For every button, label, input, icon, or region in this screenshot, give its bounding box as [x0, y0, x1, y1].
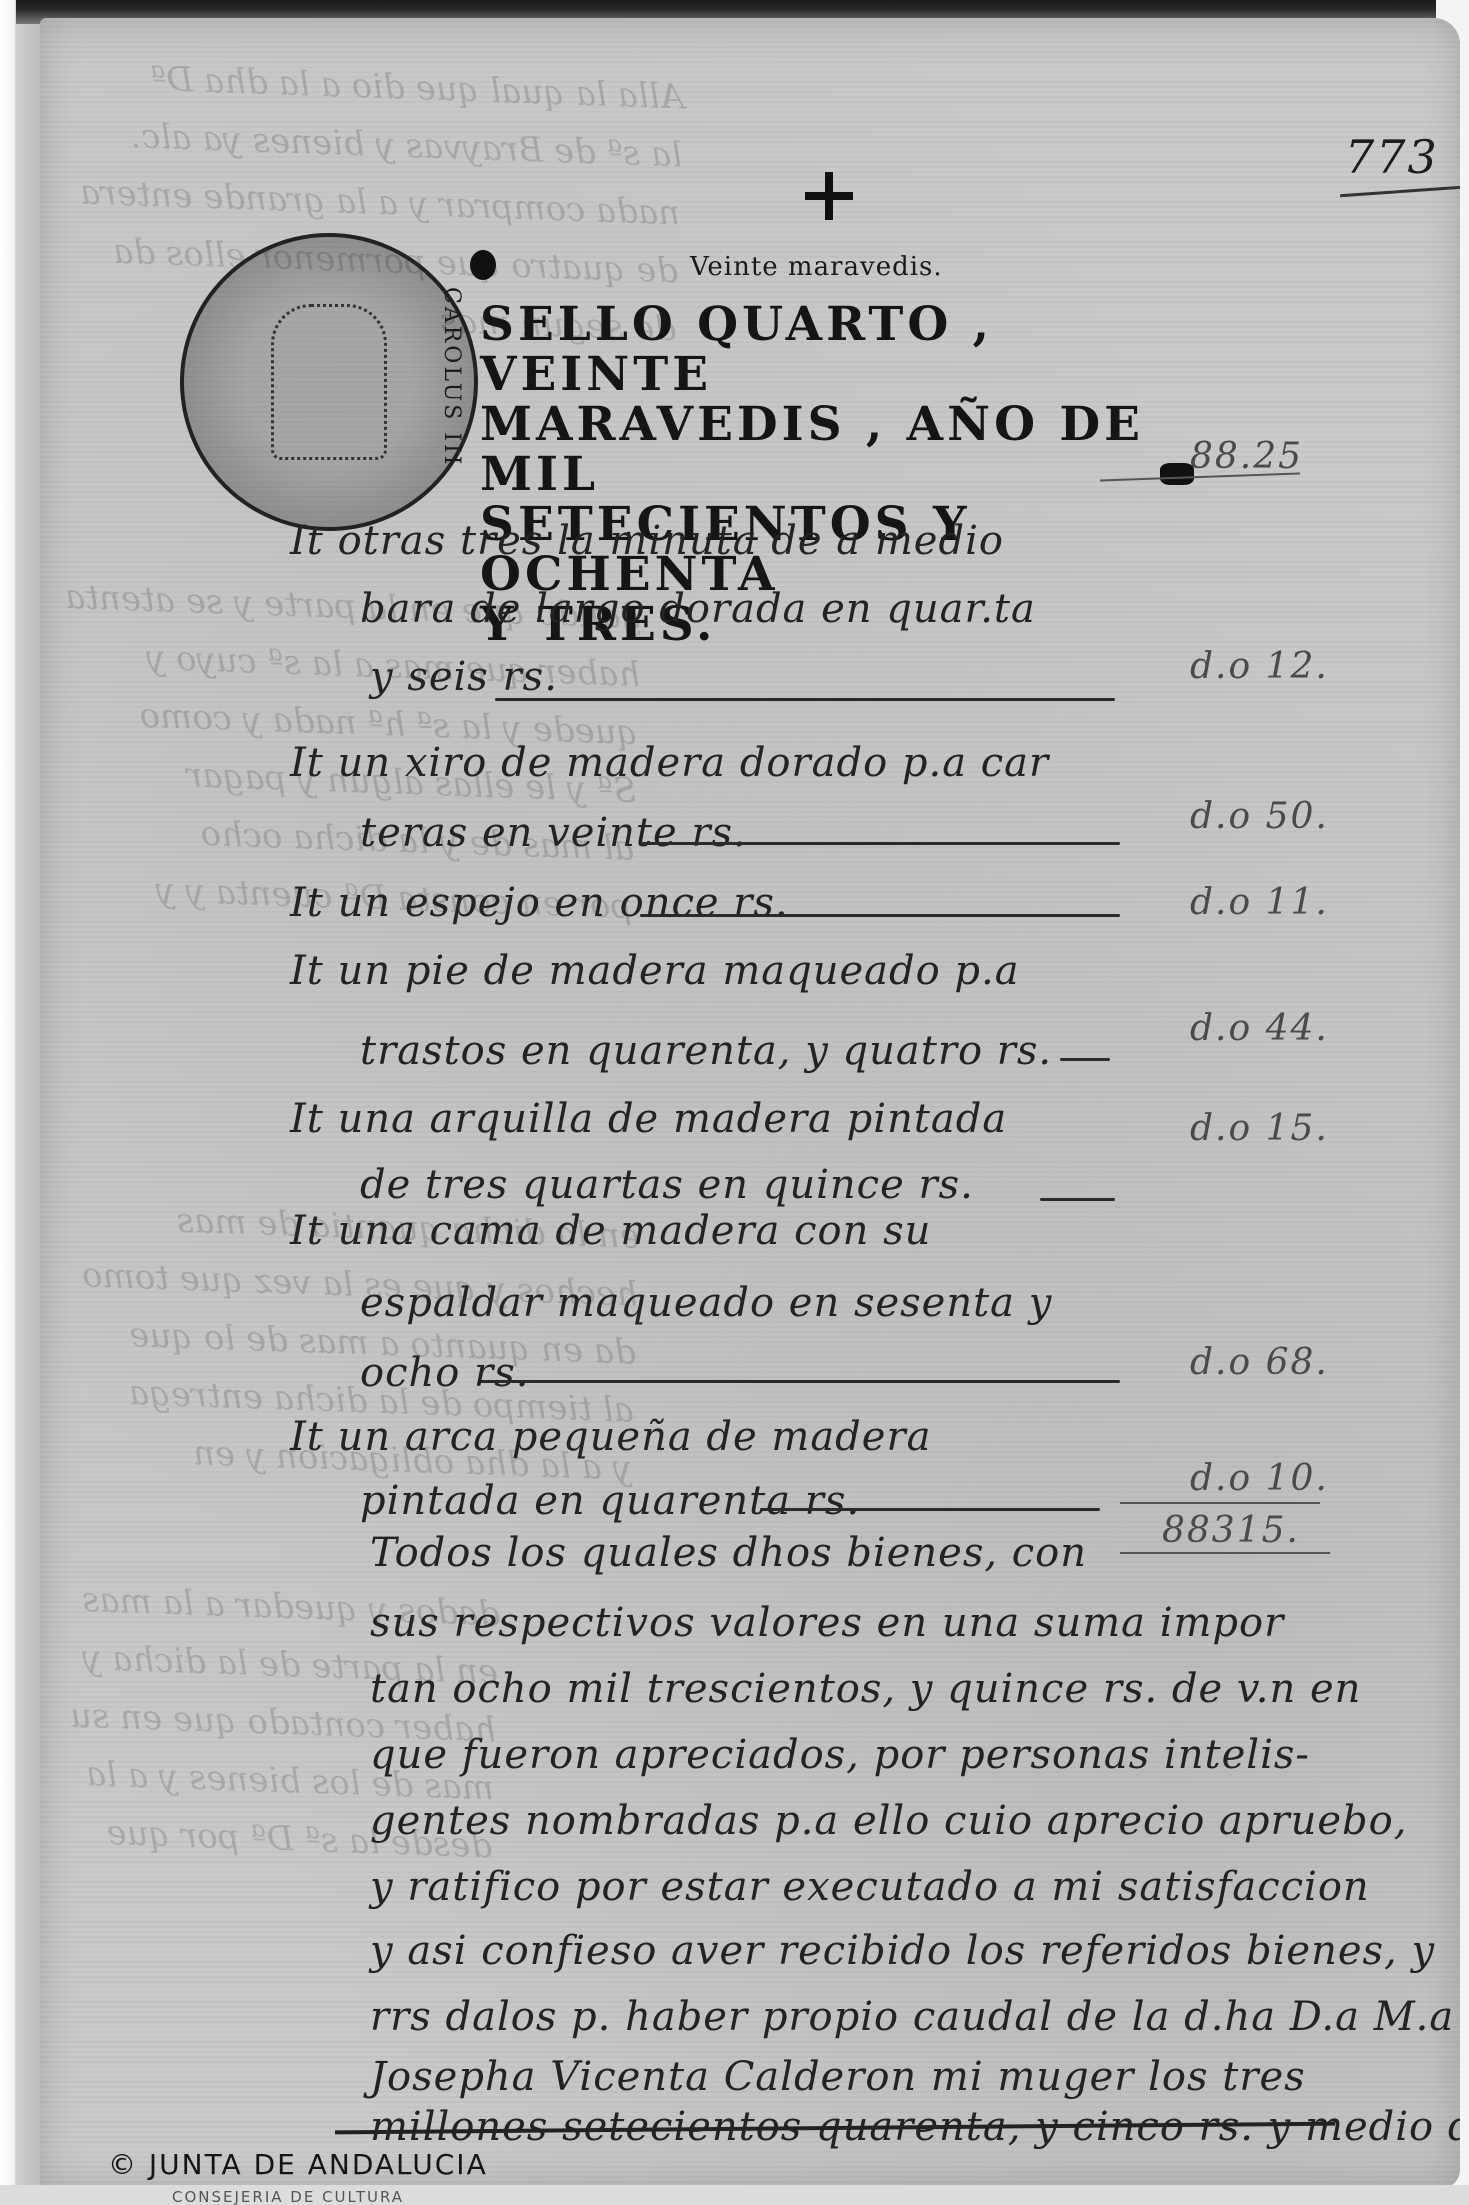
entry-rule: [495, 698, 1115, 701]
sum-rule: [1120, 1502, 1320, 1504]
entry-line: teras en veinte rs.: [360, 810, 747, 856]
closing-line: que fueron apreciados, por personas inte…: [370, 1732, 1310, 1778]
entry-line: espaldar maqueado en sesenta y: [360, 1280, 1052, 1326]
cross-icon: [803, 170, 855, 222]
seal-legend: CAROLUS III: [439, 287, 464, 467]
entry-line: It un arca pequeña de madera: [290, 1414, 931, 1460]
book-spine: [0, 0, 44, 2205]
closing-line: rrs dalos p. haber propio caudal de la d…: [370, 1994, 1454, 2040]
margin-amount: 88.25: [1190, 436, 1303, 477]
total-rule: [1120, 1552, 1330, 1554]
total-amount: 88315.: [1162, 1510, 1300, 1551]
entry-line: It un xiro de madera dorado p.a car: [290, 740, 1049, 786]
entry-line: ocho rs.: [360, 1350, 529, 1396]
entry-line: pintada en quarenta rs.: [360, 1478, 860, 1524]
entry-line: trastos en quarenta, y quatro rs.: [360, 1028, 1052, 1074]
archive-department: CONSEJERIA DE CULTURA: [172, 2188, 404, 2205]
entry-line: It una arquilla de madera pintada: [290, 1096, 1007, 1142]
entry-line: It otras tres la minuta de a medio: [290, 518, 1004, 564]
entry-rule: [640, 842, 1120, 845]
ink-blot: [470, 250, 496, 280]
closing-line: gentes nombradas p.a ello cuio aprecio a…: [370, 1798, 1407, 1844]
margin-amount: d.o 44.: [1190, 1008, 1329, 1049]
closing-line: Todos los quales dhos bienes, con: [370, 1530, 1087, 1576]
entry-line: It una cama de madera con su: [290, 1208, 931, 1254]
entry-line: It un pie de madera maqueado p.a: [290, 948, 1020, 994]
entry-line: bara de largo dorada en quar.ta: [360, 586, 1036, 632]
ink-blot: [1160, 463, 1194, 485]
stamp-line: SELLO QUARTO , VEINTE: [480, 300, 1220, 400]
closing-line: sus respectivos valores en una suma impo…: [370, 1600, 1284, 1646]
closing-line: y asi confieso aver recibido los referid…: [370, 1928, 1435, 1974]
closing-line: Josepha Vicenta Calderon mi muger los tr…: [370, 2054, 1306, 2100]
folio-number: 773: [1345, 130, 1439, 184]
entry-rule: [1060, 1058, 1110, 1061]
closing-line: tan ocho mil trescientos, y quince rs. d…: [370, 1666, 1361, 1712]
entry-rule: [1040, 1198, 1115, 1201]
archive-copyright: © JUNTA DE ANDALUCIA: [108, 2148, 488, 2181]
entry-rule: [760, 1508, 1100, 1511]
entry-rule: [480, 1380, 1120, 1383]
entry-rule: [640, 914, 1120, 917]
margin-amount: d.o 11.: [1190, 882, 1329, 923]
closing-line: y ratifico por estar executado a mi sati…: [370, 1864, 1370, 1910]
seal-arms-icon: [271, 304, 387, 460]
stamp-line: MARAVEDIS , AÑO DE MIL: [480, 400, 1220, 500]
entry-line: y seis rs.: [370, 654, 558, 700]
stamp-value-text: Veinte maravedis.: [690, 252, 943, 282]
margin-amount: d.o 10.: [1190, 1458, 1329, 1499]
entry-line: It un espejo en once rs.: [290, 880, 789, 926]
entry-line: de tres quartas en quince rs.: [360, 1162, 974, 1208]
margin-amount: d.o 15.: [1190, 1108, 1329, 1149]
margin-amount: d.o 50.: [1190, 796, 1329, 837]
margin-amount: d.o 68.: [1190, 1342, 1329, 1383]
manuscript-page: Alla la qual que dio a la dha Dªla sª de…: [40, 18, 1460, 2188]
margin-amount: d.o 12.: [1190, 646, 1329, 687]
royal-seal-stamp: CAROLUS III: [180, 233, 478, 531]
folio-underline: [1340, 186, 1460, 198]
